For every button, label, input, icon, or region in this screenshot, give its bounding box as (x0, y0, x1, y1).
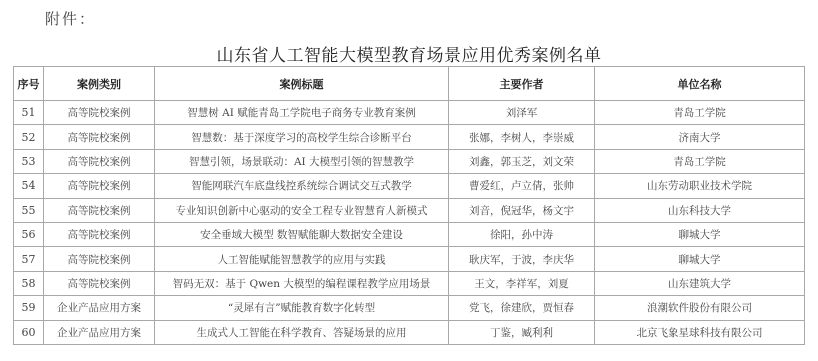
cell-organization: 聊城大学 (595, 222, 805, 246)
cell-index: 55 (14, 198, 44, 222)
cell-category: 高等院校案例 (44, 125, 155, 149)
table-row: 57 高等院校案例 人工智能赋能智慧教学的应用与实践 耿庆军，于波，李庆华 聊城… (14, 247, 805, 271)
cell-case-title: 智慧数：基于深度学习的高校学生综合诊断平台 (155, 125, 449, 149)
cell-organization: 青岛工学院 (595, 101, 805, 125)
cell-index: 52 (14, 125, 44, 149)
table-row: 56 高等院校案例 安全垂域大模型 数智赋能聊大数据安全建设 徐阳，孙中涛 聊城… (14, 222, 805, 246)
table-row: 58 高等院校案例 智码无双：基于 Qwen 大模型的编程课程教学应用场景 王文… (14, 271, 805, 295)
cell-case-title: 生成式人工智能在科学教育、答疑场景的应用 (155, 320, 449, 344)
cell-organization: 聊城大学 (595, 247, 805, 271)
cell-index: 51 (14, 101, 44, 125)
cell-case-title: 智慧引领，场景联动：AI 大模型引领的智慧教学 (155, 149, 449, 173)
document-title: 山东省人工智能大模型教育场景应用优秀案例名单 (0, 41, 818, 66)
cases-table: 序号 案例类别 案例标题 主要作者 单位名称 51 高等院校案例 智慧树 AI … (13, 66, 805, 345)
attachment-label: 附件： (45, 8, 96, 29)
cell-authors: 刘泽军 (449, 101, 595, 125)
cell-authors: 张娜，李树人，李崇威 (449, 125, 595, 149)
cell-category: 高等院校案例 (44, 222, 155, 246)
cell-index: 54 (14, 174, 44, 198)
header-case-title: 案例标题 (155, 67, 449, 101)
cell-case-title: 安全垂域大模型 数智赋能聊大数据安全建设 (155, 222, 449, 246)
header-organization: 单位名称 (595, 67, 805, 101)
cell-authors: 王文，李祥军，刘夏 (449, 271, 595, 295)
table-row: 52 高等院校案例 智慧数：基于深度学习的高校学生综合诊断平台 张娜，李树人，李… (14, 125, 805, 149)
cell-case-title: 智能网联汽车底盘线控系统综合调试交互式教学 (155, 174, 449, 198)
cell-category: 企业产品应用方案 (44, 296, 155, 320)
table-row: 60 企业产品应用方案 生成式人工智能在科学教育、答疑场景的应用 丁鉴，臧利利 … (14, 320, 805, 344)
cell-organization: 青岛工学院 (595, 149, 805, 173)
cell-organization: 山东劳动职业技术学院 (595, 174, 805, 198)
cell-authors: 刘鑫，郭玉芝，刘文荣 (449, 149, 595, 173)
cell-index: 58 (14, 271, 44, 295)
cell-organization: 浪潮软件股份有限公司 (595, 296, 805, 320)
cell-category: 高等院校案例 (44, 247, 155, 271)
cell-index: 53 (14, 149, 44, 173)
cell-authors: 徐阳，孙中涛 (449, 222, 595, 246)
cell-case-title: 智慧树 AI 赋能青岛工学院电子商务专业教育案例 (155, 101, 449, 125)
cell-case-title: 专业知识创新中心驱动的安全工程专业智慧育人新模式 (155, 198, 449, 222)
cell-index: 56 (14, 222, 44, 246)
header-index: 序号 (14, 67, 44, 101)
cell-category: 企业产品应用方案 (44, 320, 155, 344)
cell-category: 高等院校案例 (44, 198, 155, 222)
cell-index: 59 (14, 296, 44, 320)
table-row: 51 高等院校案例 智慧树 AI 赋能青岛工学院电子商务专业教育案例 刘泽军 青… (14, 101, 805, 125)
table-row: 55 高等院校案例 专业知识创新中心驱动的安全工程专业智慧育人新模式 刘音，倪冠… (14, 198, 805, 222)
table-row: 53 高等院校案例 智慧引领，场景联动：AI 大模型引领的智慧教学 刘鑫，郭玉芝… (14, 149, 805, 173)
cell-authors: 党飞，徐建欣，贾恒春 (449, 296, 595, 320)
cell-index: 60 (14, 320, 44, 344)
cell-organization: 山东建筑大学 (595, 271, 805, 295)
cell-authors: 耿庆军，于波，李庆华 (449, 247, 595, 271)
cell-authors: 丁鉴，臧利利 (449, 320, 595, 344)
cell-category: 高等院校案例 (44, 101, 155, 125)
header-authors: 主要作者 (449, 67, 595, 101)
table-header-row: 序号 案例类别 案例标题 主要作者 单位名称 (14, 67, 805, 101)
table-row: 54 高等院校案例 智能网联汽车底盘线控系统综合调试交互式教学 曹爱红，卢立倩，… (14, 174, 805, 198)
cell-category: 高等院校案例 (44, 174, 155, 198)
cell-category: 高等院校案例 (44, 149, 155, 173)
table-row: 59 企业产品应用方案 “灵犀有言”赋能教育数字化转型 党飞，徐建欣，贾恒春 浪… (14, 296, 805, 320)
cell-authors: 曹爱红，卢立倩，张帅 (449, 174, 595, 198)
cell-case-title: “灵犀有言”赋能教育数字化转型 (155, 296, 449, 320)
cell-organization: 济南大学 (595, 125, 805, 149)
cell-case-title: 智码无双：基于 Qwen 大模型的编程课程教学应用场景 (155, 271, 449, 295)
cell-authors: 刘音，倪冠华，杨文宇 (449, 198, 595, 222)
cell-case-title: 人工智能赋能智慧教学的应用与实践 (155, 247, 449, 271)
cell-organization: 山东科技大学 (595, 198, 805, 222)
cell-index: 57 (14, 247, 44, 271)
cell-category: 高等院校案例 (44, 271, 155, 295)
header-category: 案例类别 (44, 67, 155, 101)
cell-organization: 北京飞象星球科技有限公司 (595, 320, 805, 344)
